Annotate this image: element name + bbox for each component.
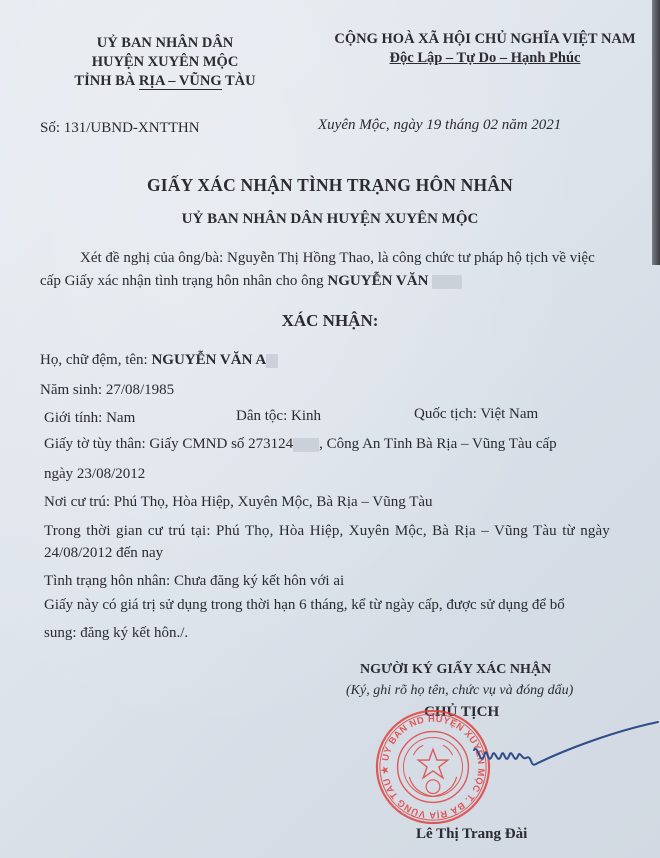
id-document-number: Giấy tờ tùy thân: Giấy CMND số 273124 [44, 436, 293, 452]
authority-line-1: UỶ BAN NHÂN DÂN [40, 34, 290, 53]
national-motto-header: CỘNG HOÀ XÃ HỘI CHỦ NGHĨA VIỆT NAM Độc L… [320, 30, 650, 68]
national-motto: Độc Lập – Tự Do – Hạnh Phúc [320, 49, 650, 68]
authority-line-2: HUYỆN XUYÊN MỘC [40, 53, 290, 72]
field-residence: Nơi cư trú: Phú Thọ, Hòa Hiệp, Xuyên Mộc… [44, 494, 433, 511]
field-marital-status: Tình trạng hôn nhân: Chưa đăng ký kết hô… [44, 573, 344, 590]
intro-line-2-text: cấp Giấy xác nhận tình trạng hôn nhân ch… [40, 273, 327, 289]
redaction-block [432, 275, 462, 289]
authority-line-3-suffix: TÀU [222, 73, 256, 89]
redaction-block [266, 354, 278, 368]
signer-name: Lê Thị Trang Đài [416, 826, 527, 843]
field-id-document: Giấy tờ tùy thân: Giấy CMND số 273124, C… [44, 436, 557, 453]
country-name: CỘNG HOÀ XÃ HỘI CHỦ NGHĨA VIỆT NAM [320, 30, 650, 49]
full-name-label: Họ, chữ đệm, tên: [40, 352, 151, 368]
field-validity-line-2: sung: đăng ký kết hôn./. [44, 625, 188, 642]
motto-text: Độc Lập – Tự Do – Hạnh Phúc [390, 50, 581, 66]
handwritten-signature-icon [470, 720, 660, 790]
intro-line-2: cấp Giấy xác nhận tình trạng hôn nhân ch… [40, 273, 462, 290]
confirm-heading: XÁC NHẬN: [0, 311, 660, 331]
signature-block-title: NGƯỜI KÝ GIẤY XÁC NHẬN [360, 662, 551, 678]
full-name-value: NGUYỄN VĂN A [151, 352, 266, 368]
place-and-date: Xuyên Mộc, ngày 19 tháng 02 năm 2021 [318, 117, 561, 134]
authority-line-3: TỈNH BÀ RỊA – VŨNG TÀU [40, 72, 290, 91]
intro-line-1: Xét đề nghị của ông/bà: Nguyễn Thị Hồng … [80, 250, 595, 267]
field-residence-period-line-2: 24/08/2012 đến nay [44, 545, 163, 562]
id-document-issuer: , Công An Tỉnh Bà Rịa – Vũng Tàu cấp [319, 436, 557, 452]
issuing-authority-header: UỶ BAN NHÂN DÂN HUYỆN XUYÊN MỘC TỈNH BÀ … [40, 34, 290, 91]
authority-line-3-prefix: TỈNH BÀ [74, 73, 138, 89]
redaction-block [293, 438, 319, 452]
issuer-name: UỶ BAN NHÂN DÂN HUYỆN XUYÊN MỘC [0, 211, 660, 228]
document-title: GIẤY XÁC NHẬN TÌNH TRẠNG HÔN NHÂN [0, 175, 660, 196]
field-ethnicity: Dân tộc: Kinh [236, 408, 321, 425]
field-full-name: Họ, chữ đệm, tên: NGUYỄN VĂN A [40, 352, 278, 369]
document-number: Số: 131/UBND-XNTTHN [40, 120, 200, 137]
field-birth-date: Năm sinh: 27/08/1985 [40, 382, 174, 399]
authority-line-3-underlined: RỊA – VŨNG [139, 73, 222, 90]
field-id-issue-date: ngày 23/08/2012 [44, 466, 145, 483]
field-validity-line-1: Giấy này có giá trị sử dụng trong thời h… [44, 597, 565, 614]
field-residence-period-line-1: Trong thời gian cư trú tại: Phú Thọ, Hòa… [44, 523, 610, 540]
intro-applicant-name: NGUYỄN VĂN [327, 273, 428, 289]
field-gender: Giới tính: Nam [44, 410, 135, 427]
field-nationality: Quốc tịch: Việt Nam [414, 406, 538, 423]
document-page: UỶ BAN NHÂN DÂN HUYỆN XUYÊN MỘC TỈNH BÀ … [0, 0, 660, 858]
signature-instruction: (Ký, ghi rõ họ tên, chức vụ và đóng dấu) [346, 683, 573, 699]
